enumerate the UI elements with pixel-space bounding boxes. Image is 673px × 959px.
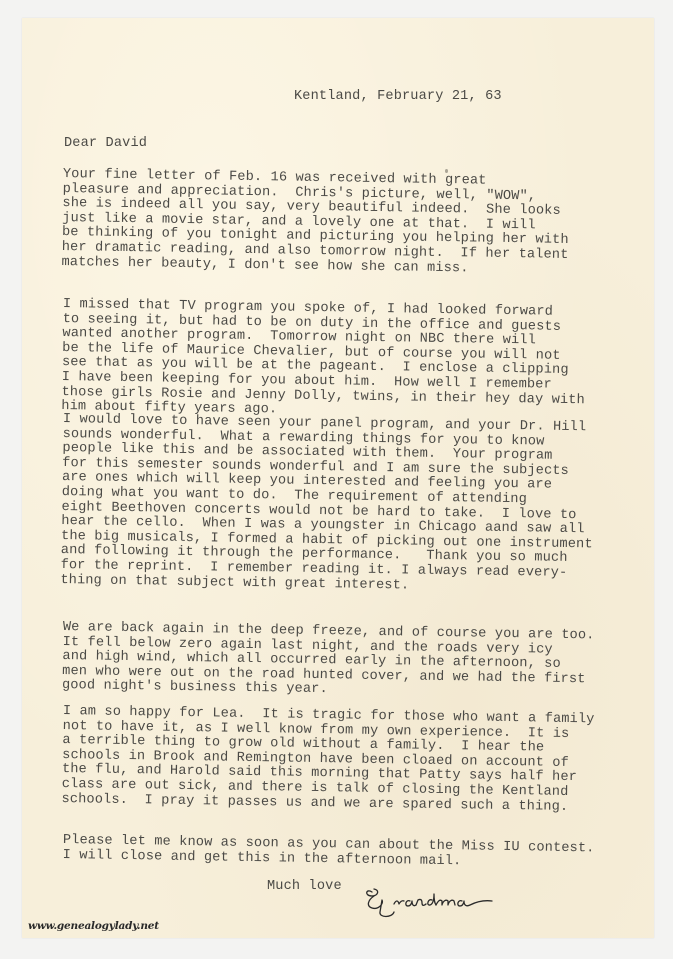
watermark: www.genealogylady.net <box>28 920 159 932</box>
paragraph-4: We are back again in the deep freeze, an… <box>62 621 595 702</box>
paragraph-5: I am so happy for Lea. It is tragic for … <box>61 705 594 815</box>
closing: Much love <box>267 880 342 895</box>
salutation: Dear David <box>64 137 147 152</box>
paragraph-3: I would love to have seen your panel pro… <box>60 413 594 596</box>
paragraph-2: I missed that TV program you spoke of, I… <box>61 298 586 423</box>
handwritten-signature: Grandma <box>362 882 497 922</box>
dateline: Kentland, February 21, 63 <box>294 90 502 105</box>
paragraph-1: Your fine letter of Feb. 16 was received… <box>61 168 569 278</box>
